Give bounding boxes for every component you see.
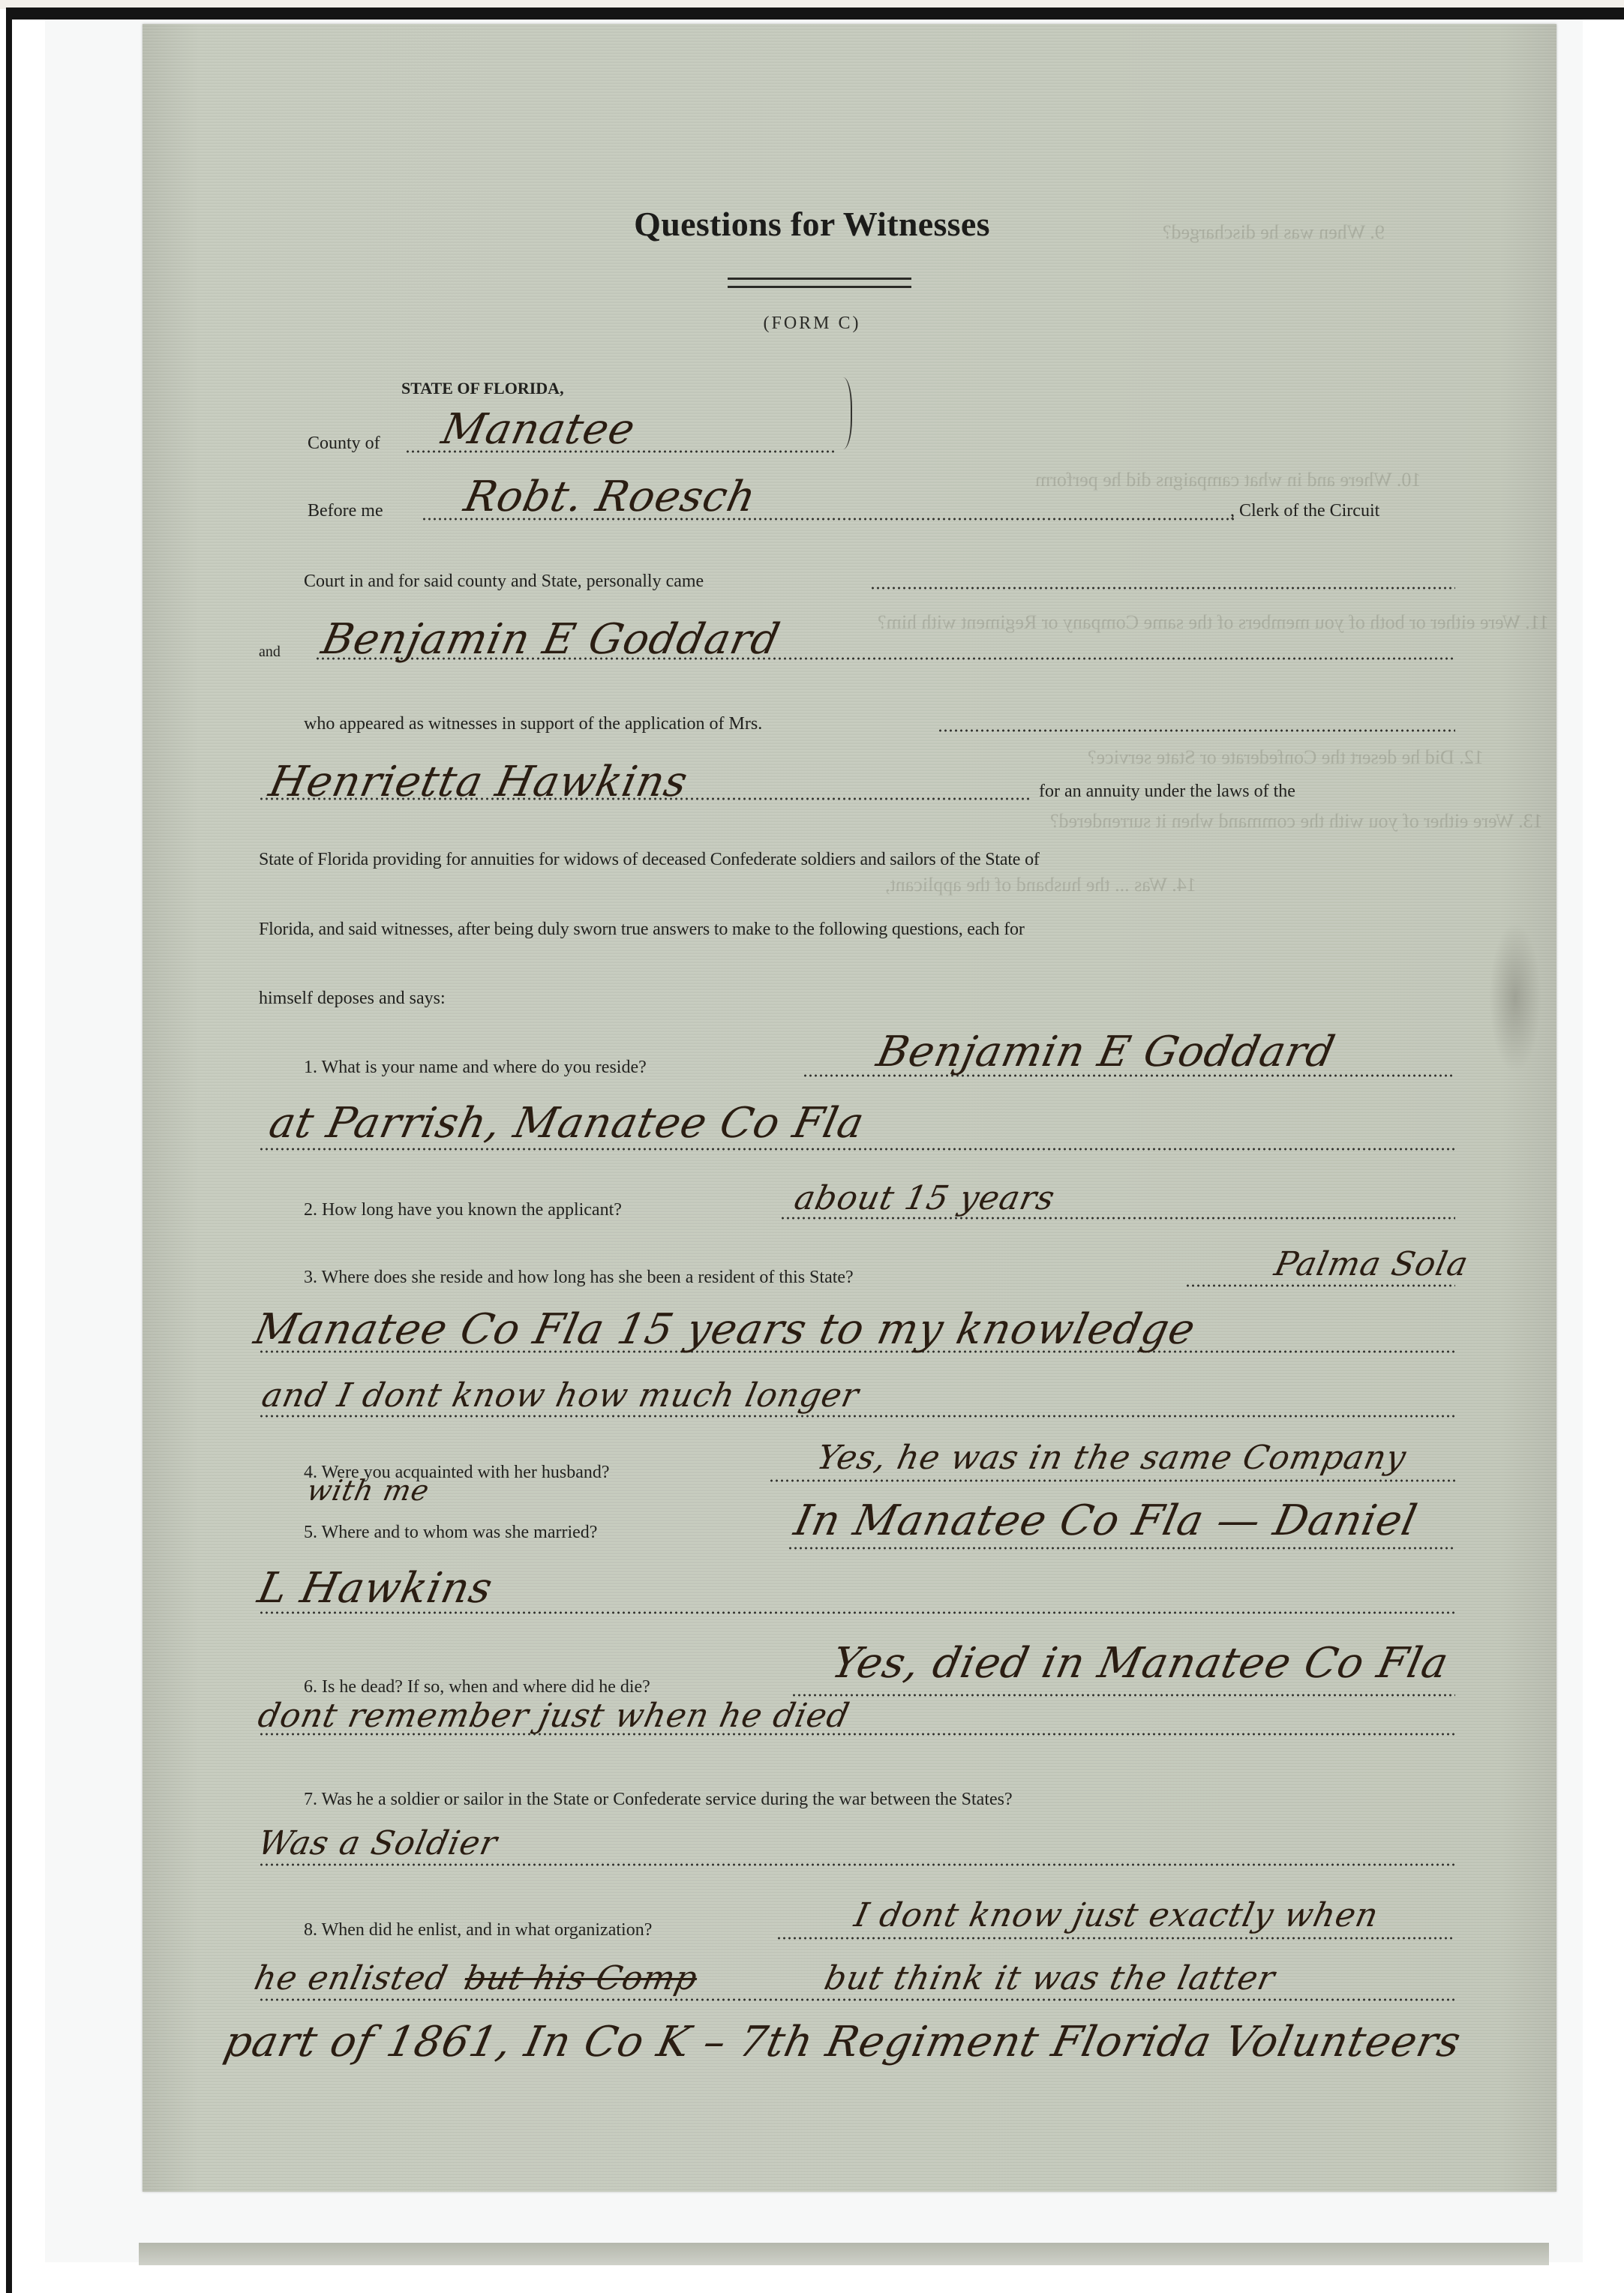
question-2: 2. How long have you known the applicant… [304,1200,622,1220]
and-label: and [259,644,281,661]
q8-answer-line-1: I dont know just exactly when [851,1896,1382,1934]
clerk-suffix: , Clerk of the Circuit [1230,501,1379,521]
question-7-number: 7. [304,1790,317,1809]
question-6-number: 6. [304,1677,317,1697]
q4-answer-line-2: with me [304,1474,432,1507]
applicant-intro-dotted-line [938,729,1455,732]
q7-dotted-line [259,1863,1455,1866]
witness-name: Benjamin E Goddard [317,615,785,664]
question-5-text: Where and to whom was she married? [322,1523,598,1542]
q6-answer-line-2: dont remember just when he died [255,1697,854,1735]
q8-dotted-line-1 [776,1937,1455,1940]
question-6: 6. Is he dead? If so, when and where did… [304,1677,650,1697]
form-title: Questions for Witnesses [0,204,1624,244]
question-2-text: How long have you known the applicant? [322,1200,622,1220]
applicant-name: Henrietta Hawkins [265,758,692,806]
question-2-number: 2. [304,1200,317,1220]
county-value: Manatee [437,405,640,454]
q3-answer-line-1: Palma Sola [1271,1245,1472,1283]
question-8-text: When did he enlist, and in what organiza… [322,1920,653,1940]
witness-form: Questions for Witnesses (FORM C) STATE O… [0,0,1624,2293]
q5-answer-line-2: L Hawkins [254,1564,497,1613]
annuity-line: for an annuity under the laws of the [1039,782,1295,802]
title-rule-bottom [728,286,911,288]
body-line-2: Florida, and said witnesses, after being… [259,920,1025,940]
q4-dotted-line [769,1479,1455,1482]
body-line-1: State of Florida providing for annuities… [259,850,1040,870]
q3-answer-line-2: Manatee Co Fla 15 years to my knowledge [250,1305,1200,1354]
q5-dotted-line-1 [788,1547,1455,1550]
question-1: 1. What is your name and where do you re… [304,1058,647,1078]
q1-dotted-line-2 [259,1148,1455,1151]
q6-dotted-line-1 [791,1694,1455,1697]
question-8: 8. When did he enlist, and in what organ… [304,1920,652,1940]
county-label: County of [308,434,380,454]
q8-answer-struck-text: but his Comp [461,1959,701,1997]
before-me-label: Before me [308,501,383,521]
q8-answer-line-2a: he enlisted [251,1959,452,1997]
q4-answer-line-1: Yes, he was in the same Company [814,1439,1410,1477]
appeared-line: who appeared as witnesses in support of … [304,714,762,734]
question-7: 7. Was he a soldier or sailor in the Sta… [304,1790,1013,1810]
court-dotted-line [870,587,1455,590]
q1-answer-line-2: at Parrish, Manatee Co Fla [265,1099,869,1148]
q3-dotted-line-1 [1185,1284,1455,1287]
form-code: (FORM C) [0,314,1624,334]
q8-dotted-line-2 [259,1998,1455,2001]
question-3-text: Where does she reside and how long has s… [322,1268,854,1287]
q2-answer: about 15 years [791,1179,1058,1217]
venue-brace [840,377,852,449]
question-7-text: Was he a soldier or sailor in the State … [322,1790,1013,1809]
question-3: 3. Where does she reside and how long ha… [304,1268,854,1288]
body-line-3: himself deposes and says: [259,989,446,1009]
question-6-text: Is he dead? If so, when and where did he… [322,1677,650,1697]
question-1-number: 1. [304,1058,317,1077]
q1-answer-line-1: Benjamin E Goddard [872,1028,1340,1076]
title-rule-top [728,278,911,280]
q8-answer-line-2b: but think it was the latter [821,1959,1279,1997]
q3-answer-line-3: and I dont know how much longer [259,1376,863,1415]
question-5-number: 5. [304,1523,317,1542]
q3-dotted-line-3 [259,1415,1455,1418]
question-5: 5. Where and to whom was she married? [304,1523,597,1543]
clerk-name: Robt. Roesch [460,473,761,521]
court-line: Court in and for said county and State, … [304,572,704,592]
q7-answer: Was a Soldier [255,1824,501,1862]
state-label: STATE OF FLORIDA, [401,379,564,398]
q8-answer-line-3: part of 1861, In Co K – 7th Regiment Flo… [220,2018,1466,2066]
q6-answer-line-1: Yes, died in Manatee Co Fla [827,1639,1453,1688]
q5-answer-line-1: In Manatee Co Fla — Daniel [790,1496,1421,1545]
question-1-text: What is your name and where do you resid… [322,1058,647,1077]
question-3-number: 3. [304,1268,317,1287]
question-8-number: 8. [304,1920,317,1940]
